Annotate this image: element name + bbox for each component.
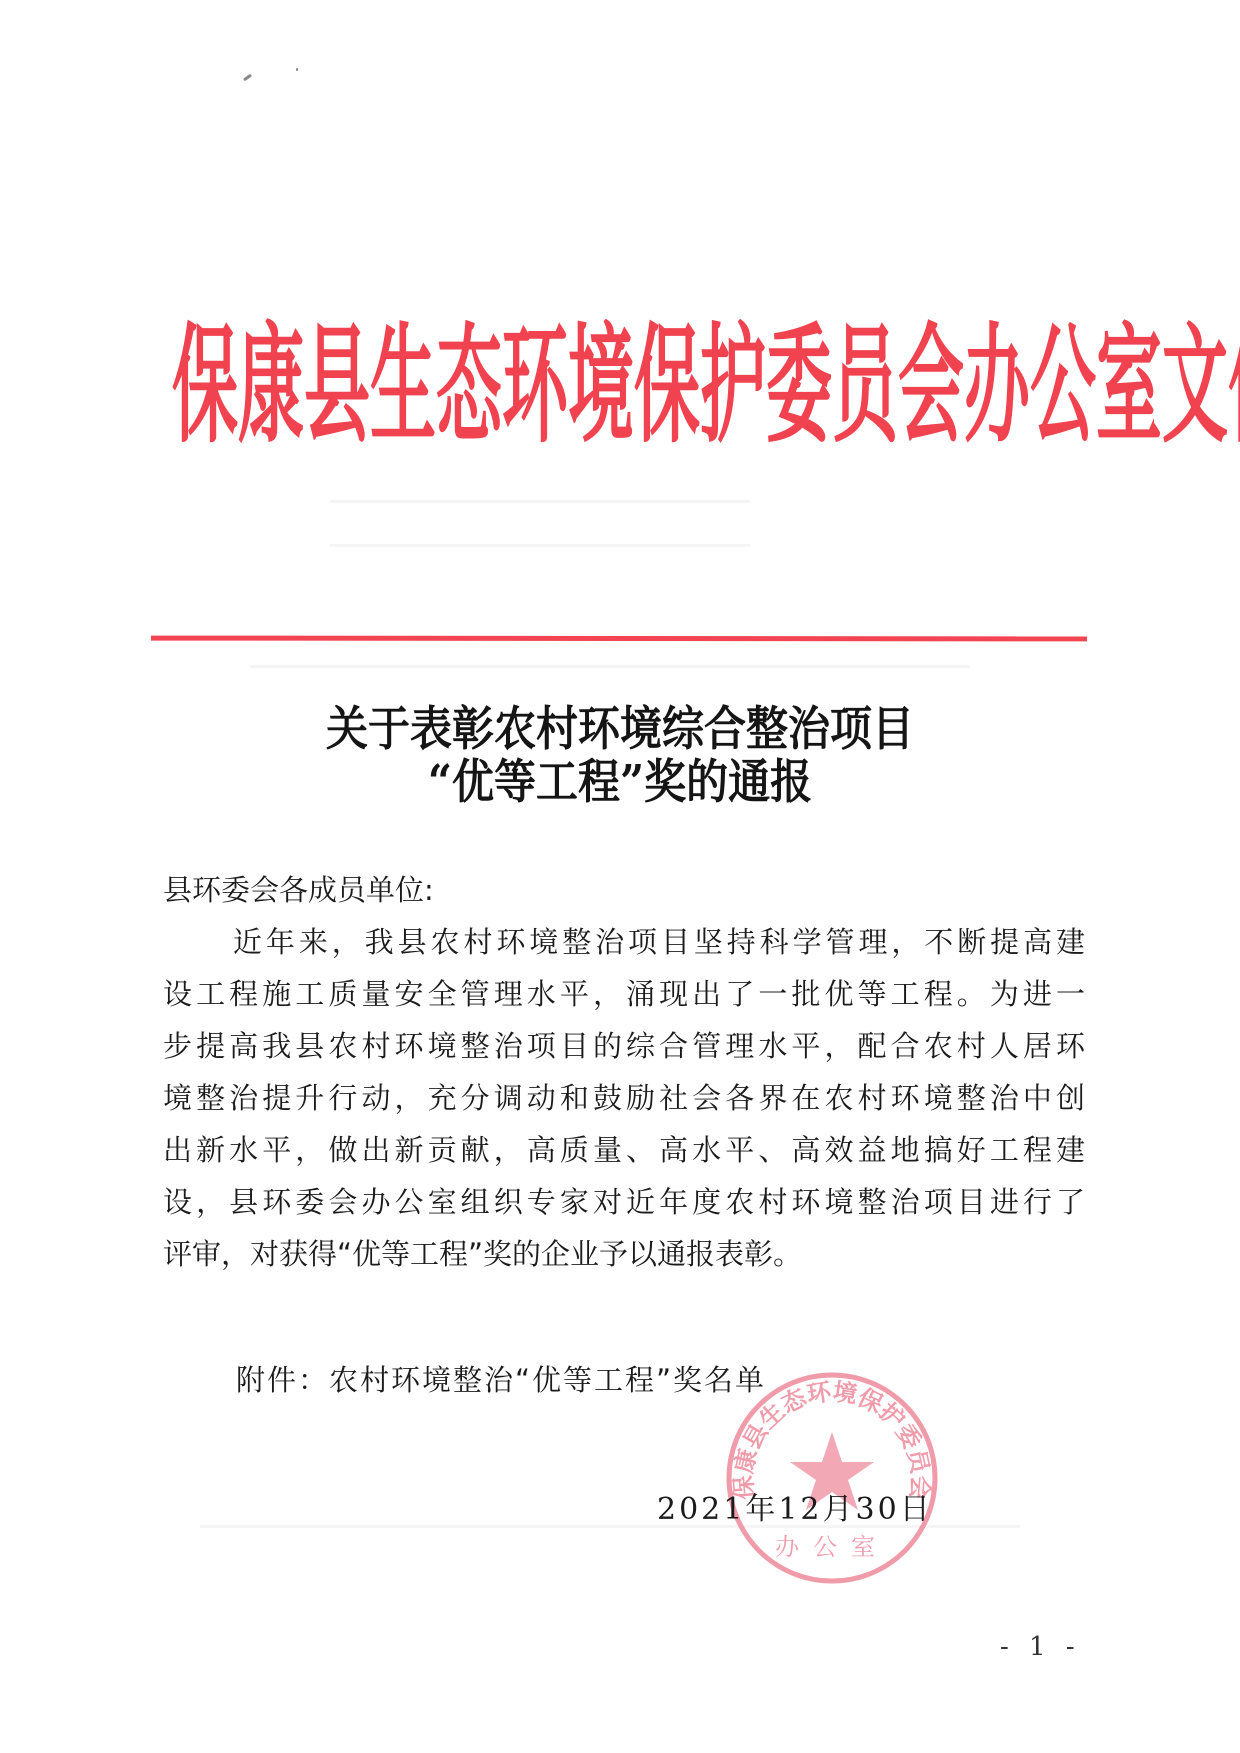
document-page: 保康县生态环境保护委员会办公室文件 关于表彰农村环境综合整治项目 “优等工程”奖…: [0, 0, 1240, 1753]
body-line: 设工程施工质量安全管理水平，涌现出了一批优等工程。为进一: [163, 968, 1085, 1020]
seal-bottom-text: 办公室: [775, 1533, 889, 1561]
issue-date: 2021年12月30日: [657, 1484, 933, 1528]
body-line: 境整治提升行动，充分调动和鼓励社会各界在农村环境整治中创: [163, 1072, 1085, 1124]
body-line: 评审，对获得“优等工程”奖的企业予以通报表彰。: [163, 1228, 1085, 1280]
attachment-note: 附件：农村环境整治“优等工程”奖名单: [236, 1358, 766, 1399]
red-separator-rule: [151, 636, 1087, 642]
body-line: 步提高我县农村环境整治项目的综合管理水平，配合农村人居环: [163, 1020, 1085, 1072]
scan-speck: [243, 74, 252, 82]
show-through-mark: [330, 544, 750, 547]
salutation: 县环委会各成员单位:: [163, 868, 1088, 909]
body-line: 设，县环委会办公室组织专家对近年度农村环境整治项目进行了: [163, 1176, 1085, 1228]
scan-speck: [296, 68, 298, 71]
official-seal-icon: 保康县生态环境保护委员会 办公室: [724, 1370, 940, 1586]
show-through-mark: [250, 665, 970, 668]
body-line: 出新水平，做出新贡献，高质量、高水平、高效益地搞好工程建: [163, 1124, 1085, 1176]
issuing-office-header: 保康县生态环境保护委员会办公室文件: [172, 241, 1067, 534]
page-number: - 1 -: [1000, 1632, 1081, 1662]
document-title-line-2: “优等工程”奖的通报: [0, 745, 1240, 812]
body-line: 近年来，我县农村环境整治项目坚持科学管理，不断提高建: [233, 916, 1085, 968]
